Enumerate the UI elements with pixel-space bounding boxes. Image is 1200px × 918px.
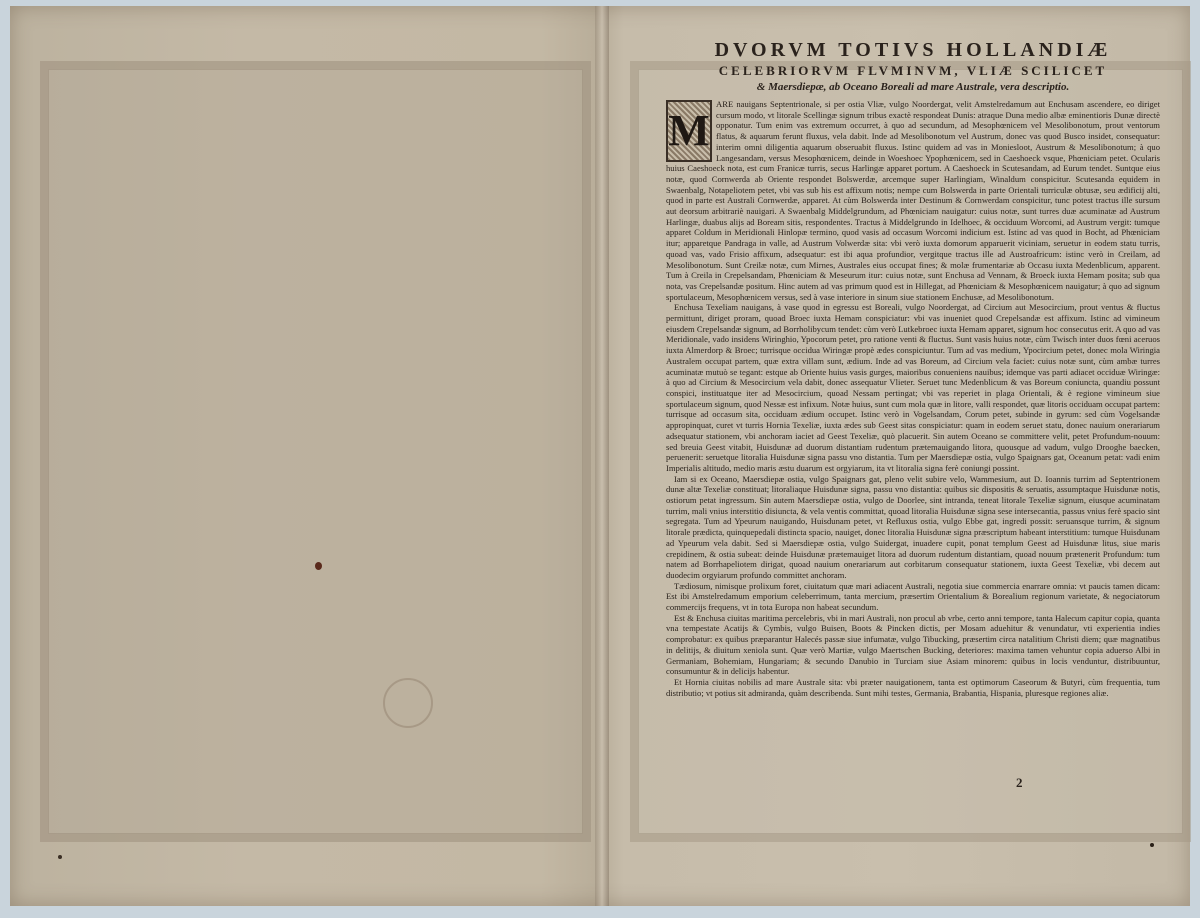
title-line-1: DVORVM TOTIVS HOLLANDIÆ xyxy=(666,38,1160,62)
ring-stain xyxy=(383,678,433,728)
paragraph: ARE nauigans Septentrionale, si per osti… xyxy=(666,99,1160,302)
paragraph: Tædiosum, nimisque prolixum foret, ciuit… xyxy=(666,581,1160,613)
ink-spot xyxy=(315,562,322,570)
ink-spot-small-left xyxy=(58,855,62,859)
paragraph: Enchusa Texeliam nauigans, à vase quod i… xyxy=(666,302,1160,473)
title-line-3: & Maersdiepæ, ab Oceano Boreali ad mare … xyxy=(666,80,1160,95)
center-fold xyxy=(595,6,609,906)
body-text: M ARE nauigans Septentrionale, si per os… xyxy=(666,99,1160,698)
paragraph: Iam si ex Oceano, Maersdiepæ ostia, vulg… xyxy=(666,474,1160,581)
paragraph: Est & Enchusa ciuitas maritima percelebr… xyxy=(666,613,1160,677)
paragraph: Et Hornia ciuitas nobilis ad mare Austra… xyxy=(666,677,1160,698)
plate-mark-left xyxy=(40,61,591,842)
title-line-2: CELEBRIORVM FLVMINVM, VLIÆ SCILICET xyxy=(666,62,1160,80)
text-column: DVORVM TOTIVS HOLLANDIÆ CELEBRIORVM FLVM… xyxy=(666,38,1160,698)
ink-spot-small xyxy=(1150,843,1154,847)
decorative-dropcap: M xyxy=(666,100,712,162)
page-number: 2 xyxy=(1016,775,1023,791)
